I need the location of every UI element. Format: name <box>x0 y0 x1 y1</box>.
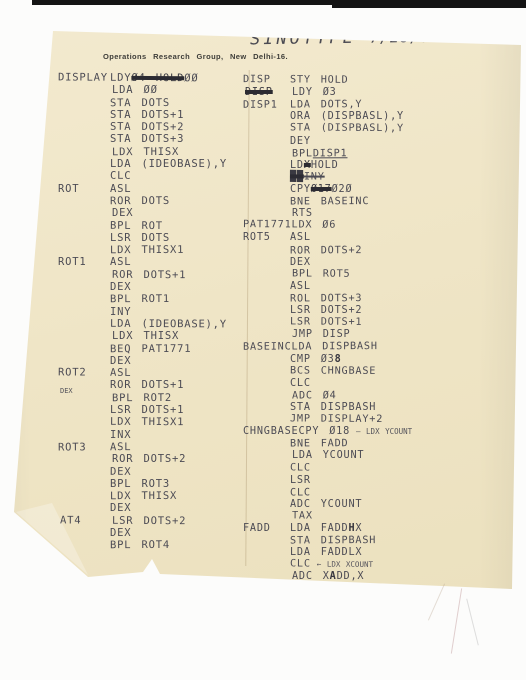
code-text: DEX <box>110 465 131 477</box>
code-text: ██ <box>290 171 304 182</box>
code-text: STA (DISPBASL),Y <box>290 123 404 135</box>
code-text: Ø2Ø <box>332 184 353 195</box>
code-text: BPL <box>292 148 313 159</box>
code-line: LDX THISX1 <box>58 244 246 257</box>
code-text: ASL <box>110 367 131 379</box>
code-text: BEQ PAT1771 <box>110 342 191 354</box>
code-line: STA DOTS+3 <box>58 133 246 145</box>
code-line: ADC Ø4 <box>245 389 525 403</box>
code-line: BCS CHNGBASE <box>243 365 525 379</box>
code-text: DEX <box>290 257 311 268</box>
code-text: JMP DISPLAY+2 <box>290 413 383 425</box>
code-line: PAT1771LDX Ø6 <box>243 219 525 233</box>
code-text: Ø4 HOLD <box>131 72 184 84</box>
code-text: STA DISPBASH <box>290 535 376 546</box>
code-line: BPL ROT4 <box>58 539 246 552</box>
code-text: LDX THISX <box>110 490 177 502</box>
code-line: CLC <box>243 486 525 500</box>
code-text: ASL <box>290 281 311 292</box>
code-line: ROR DOTS+1DEX <box>58 379 246 391</box>
code-line: CLC <box>58 170 246 183</box>
code-line: CHNGBASECPY Ø18— LDX YCOUNT <box>243 426 525 438</box>
right-code-column: DISPSTY HOLDDISPLDY Ø3DISP1LDA DOTS,YORA… <box>243 75 525 608</box>
left-code-column: DISPLAYLDY Ø4 HOLD ØØLDA ØØSTA DOTSSTA D… <box>58 72 246 552</box>
code-text: ROR DOTS <box>110 195 170 207</box>
code-label: ROT3 <box>58 441 110 453</box>
code-text: LDX Ø6 <box>292 220 337 231</box>
code-text: X <box>355 523 362 534</box>
code-line: STA DOTS+2 <box>58 121 246 134</box>
page-date: 7/28/83 <box>370 28 440 47</box>
code-line: BPL ROT <box>58 219 246 232</box>
code-text: CLC <box>110 170 131 182</box>
code-line: CMP Ø38 <box>243 354 525 366</box>
code-text: STA DOTS+1 <box>110 109 184 121</box>
scan-scratch <box>428 584 445 621</box>
code-text: LSR DOTS <box>110 232 170 244</box>
code-line: ROR DOTS+2 <box>60 453 246 465</box>
code-line: DEX <box>60 207 246 219</box>
code-text: STA DOTS <box>110 96 170 108</box>
code-text: CLC <box>290 559 311 570</box>
code-text: — LDX YCOUNT <box>356 427 412 436</box>
code-label: PAT1771 <box>243 219 292 230</box>
code-text: BNE BASEINC <box>290 196 369 207</box>
code-text: H <box>348 523 355 534</box>
code-line: LDX THISX <box>60 145 246 158</box>
code-line: ROR DOTS+2 <box>243 244 525 258</box>
code-line: JMP DISPLAY+2 <box>243 413 525 427</box>
code-text: LDA ØØ <box>112 84 158 96</box>
code-line: LDA (IDEOBASE),Y <box>58 158 246 170</box>
code-label: DISPLAY <box>58 71 110 83</box>
code-label: DISP1 <box>243 100 290 111</box>
code-line: LDX THISX <box>60 330 246 342</box>
code-line: LDA (IDEOBASE),Y <box>58 317 246 330</box>
code-line: ROT3ASL <box>58 440 246 453</box>
code-line: TAX <box>245 510 525 524</box>
code-line: LDX THISX <box>58 490 246 503</box>
code-line: ROL DOTS+3 <box>243 292 525 306</box>
code-line: ASL <box>243 281 525 293</box>
code-text: DEX <box>110 502 131 514</box>
code-text: LDX THISX1 <box>110 416 184 428</box>
code-text: BPL ROT <box>110 219 163 231</box>
code-line: CLC <box>243 462 525 476</box>
code-text: Ø17 <box>311 184 332 195</box>
code-line: DEX <box>58 502 246 514</box>
code-text: DEY <box>290 136 311 147</box>
code-line: DISP1LDA DOTS,Y <box>243 98 525 112</box>
code-line: DEX <box>243 257 525 269</box>
code-line: LSR <box>243 475 525 487</box>
code-line: BPL ROT1 <box>58 293 246 306</box>
code-label: ROT <box>58 183 110 195</box>
scanner-edge-strip <box>32 0 332 5</box>
code-text: LSR DOTS+1 <box>110 404 184 416</box>
code-line: ROR DOTS <box>58 194 246 207</box>
code-line: LSR DOTS+1 <box>58 404 246 416</box>
code-line: JMP DISPLAY+2 <box>243 596 525 608</box>
code-text: LSR DOTS+2 <box>290 305 362 316</box>
code-line: LSR DOTS+2 <box>243 305 525 317</box>
code-text: DEX <box>110 281 131 293</box>
code-text: LDX THISX <box>112 146 179 158</box>
code-text: DEX <box>110 355 131 367</box>
code-text: CPY Ø18 <box>298 426 350 437</box>
code-line: FADDLDA FADDHX <box>243 523 525 535</box>
code-text: DEX <box>110 527 131 539</box>
code-text: DD,X <box>337 571 365 582</box>
code-text: CLC <box>290 462 311 473</box>
code-line: BNE FADD <box>243 438 525 452</box>
code-line: BPL DISP1 <box>245 147 525 161</box>
code-text: BPL ROT2 <box>112 392 172 404</box>
scanner-edge-strip <box>332 0 526 8</box>
code-line: DISPLAYLDY Ø4 HOLD ØØ <box>58 71 246 84</box>
code-text: BCS CHNGBASE <box>290 365 376 377</box>
code-text: TAX <box>292 510 313 521</box>
code-text: LSR DOTS+2 <box>112 514 186 526</box>
paper-sheet: Operations Research Group, New Delhi-16.… <box>0 0 526 680</box>
code-line: DEX <box>58 355 246 367</box>
code-line: ██ INY <box>243 171 525 185</box>
code-text: DISP1 <box>313 148 348 159</box>
code-text: STA DOTS+3 <box>110 133 184 145</box>
code-text: CPY <box>290 184 311 195</box>
code-label: FADD <box>243 523 290 534</box>
code-text: RTS <box>292 208 313 219</box>
code-label: CHNGBASE <box>243 426 298 437</box>
code-text: BPL ROT1 <box>110 293 170 305</box>
code-text: ADC X <box>292 571 330 582</box>
code-line: ADC XADD,X <box>245 571 525 583</box>
code-text: LDA DISPBASH <box>292 341 378 352</box>
code-label: BASEINC <box>243 342 292 353</box>
code-text: LDA FADD <box>290 523 348 534</box>
scan-scratch <box>466 599 479 646</box>
code-text: ROR DOTS+2 <box>290 245 362 256</box>
code-text: LDA DOTS,Y <box>290 99 362 110</box>
code-text: HOLD <box>311 160 339 171</box>
code-text: STY HOLD <box>290 74 349 85</box>
code-text: ← LDX XCOUNT <box>317 560 373 569</box>
code-label: ROT1 <box>58 256 110 268</box>
code-line: LDA ØØ <box>60 84 246 96</box>
code-text: ROR DOTS+1 <box>110 379 184 391</box>
code-label: AT4 <box>60 514 112 526</box>
code-text: BPL ROT4 <box>110 539 170 551</box>
code-line: DEX <box>58 465 246 478</box>
code-line: INY <box>58 306 246 318</box>
code-label: ROT5 <box>243 232 290 243</box>
code-line: ADC YCOUNT <box>243 499 525 511</box>
code-line: DISPSTY HOLD <box>243 74 525 88</box>
code-line: STA DISPBASH <box>243 402 525 414</box>
code-text: LDA FADDLX <box>290 547 362 558</box>
code-label: ROT2 <box>58 367 110 379</box>
code-text: LDX THISX1 <box>110 244 184 256</box>
code-text: LDY Ø3 <box>292 87 337 98</box>
code-line: LSR DOTS+1 <box>243 316 525 330</box>
code-line: LDA YCOUNT <box>245 450 525 462</box>
code-text: ASL <box>110 256 131 268</box>
code-text: LDX THISX <box>112 330 179 342</box>
code-line: BNE BASEINC <box>243 195 525 209</box>
code-text: CLC <box>290 378 311 389</box>
code-text: ROR DOTS+2 <box>112 453 186 465</box>
code-line: ROT5ASL <box>243 232 525 244</box>
code-text: LDA YCOUNT <box>292 450 364 461</box>
code-text: A <box>330 571 337 582</box>
code-text: ADC YCOUNT <box>290 499 362 510</box>
handwritten-title-line: SINOTYPE7/28/83 <box>250 27 440 50</box>
code-text: LSR <box>290 475 311 486</box>
code-text: LDA (IDEOBASE),Y <box>110 318 227 331</box>
code-line: BEQ PAT1771 <box>58 342 246 355</box>
code-line: DEX <box>58 527 246 539</box>
code-text: LSR DOTS+1 <box>290 317 362 328</box>
code-line: BPL ROT5 <box>245 268 525 282</box>
code-text: ØØ <box>184 72 198 84</box>
code-line: INX <box>58 429 246 441</box>
code-line: STA DISPBASL <box>243 583 525 597</box>
code-text: JMP DISP <box>292 329 350 340</box>
code-label: DISP <box>243 74 290 85</box>
code-text: BNE FADD <box>290 438 349 449</box>
code-text: ASL <box>290 232 311 243</box>
code-text: STA DISPBASH <box>290 402 376 413</box>
code-line: ROT1ASL <box>58 256 246 268</box>
code-text: INY <box>304 171 325 182</box>
scan-scratch <box>451 588 462 653</box>
code-text: X <box>304 160 311 171</box>
code-text: STA DOTS+2 <box>110 121 184 133</box>
code-text: ROR DOTS+1 <box>112 268 186 280</box>
code-text: ROL DOTS+3 <box>290 293 362 304</box>
code-line: CLC <box>243 378 525 390</box>
code-line: LDX HOLD <box>243 160 525 172</box>
page-title: SINOTYPE <box>250 28 356 49</box>
code-text: CLC <box>290 487 311 498</box>
code-text: BPL ROT3 <box>110 478 170 490</box>
code-text: LDA (IDEOBASE),Y <box>110 158 227 170</box>
code-label: DISP <box>245 87 292 98</box>
letterhead: Operations Research Group, New Delhi-16. <box>103 52 288 61</box>
code-line: ROT2ASL <box>58 367 246 380</box>
code-line: STA DOTS+1 <box>58 109 246 121</box>
code-text: BPL ROT5 <box>292 268 351 279</box>
code-line: BPL ROT3 <box>58 478 246 490</box>
code-line: STA (DISPBASL),Y <box>243 123 525 137</box>
code-text: INX <box>110 429 131 441</box>
code-line: STA DISPBASH <box>243 534 525 548</box>
code-text: LDY <box>110 72 131 84</box>
code-line: LSR DOTS <box>58 232 246 244</box>
code-text: ADC Ø4 <box>292 390 337 401</box>
code-line: STA DOTS <box>58 96 246 109</box>
code-text: CMP Ø3 <box>290 354 335 365</box>
code-text: ASL <box>110 441 131 453</box>
code-line: ROTASL <box>58 183 246 195</box>
code-line: CLC← LDX XCOUNT <box>243 559 525 573</box>
code-line: AT4LSR DOTS+2 <box>60 514 246 527</box>
code-text: JMP DISPLAY+2 <box>290 596 383 607</box>
code-line: ROR DOTS+1 <box>60 268 246 281</box>
code-line: DEY <box>243 136 525 148</box>
code-line: CPY Ø17 Ø2Ø <box>243 184 525 196</box>
code-line: DISPLDY Ø3 <box>245 87 525 99</box>
code-text: ASL <box>110 183 131 195</box>
code-text: ORA (DISPBASL),Y <box>290 111 404 122</box>
code-text: DEX <box>112 207 133 219</box>
code-line: BASEINCLDA DISPBASH <box>243 341 525 355</box>
code-line: BPL ROT2 <box>60 391 246 404</box>
code-line: LDX THISX1 <box>58 416 246 429</box>
code-text: STA DISPBASL <box>290 584 376 595</box>
code-text: 8 <box>335 354 342 365</box>
code-line: DEX <box>58 281 246 293</box>
code-text: LD <box>290 160 304 171</box>
code-text: INY <box>110 306 131 318</box>
